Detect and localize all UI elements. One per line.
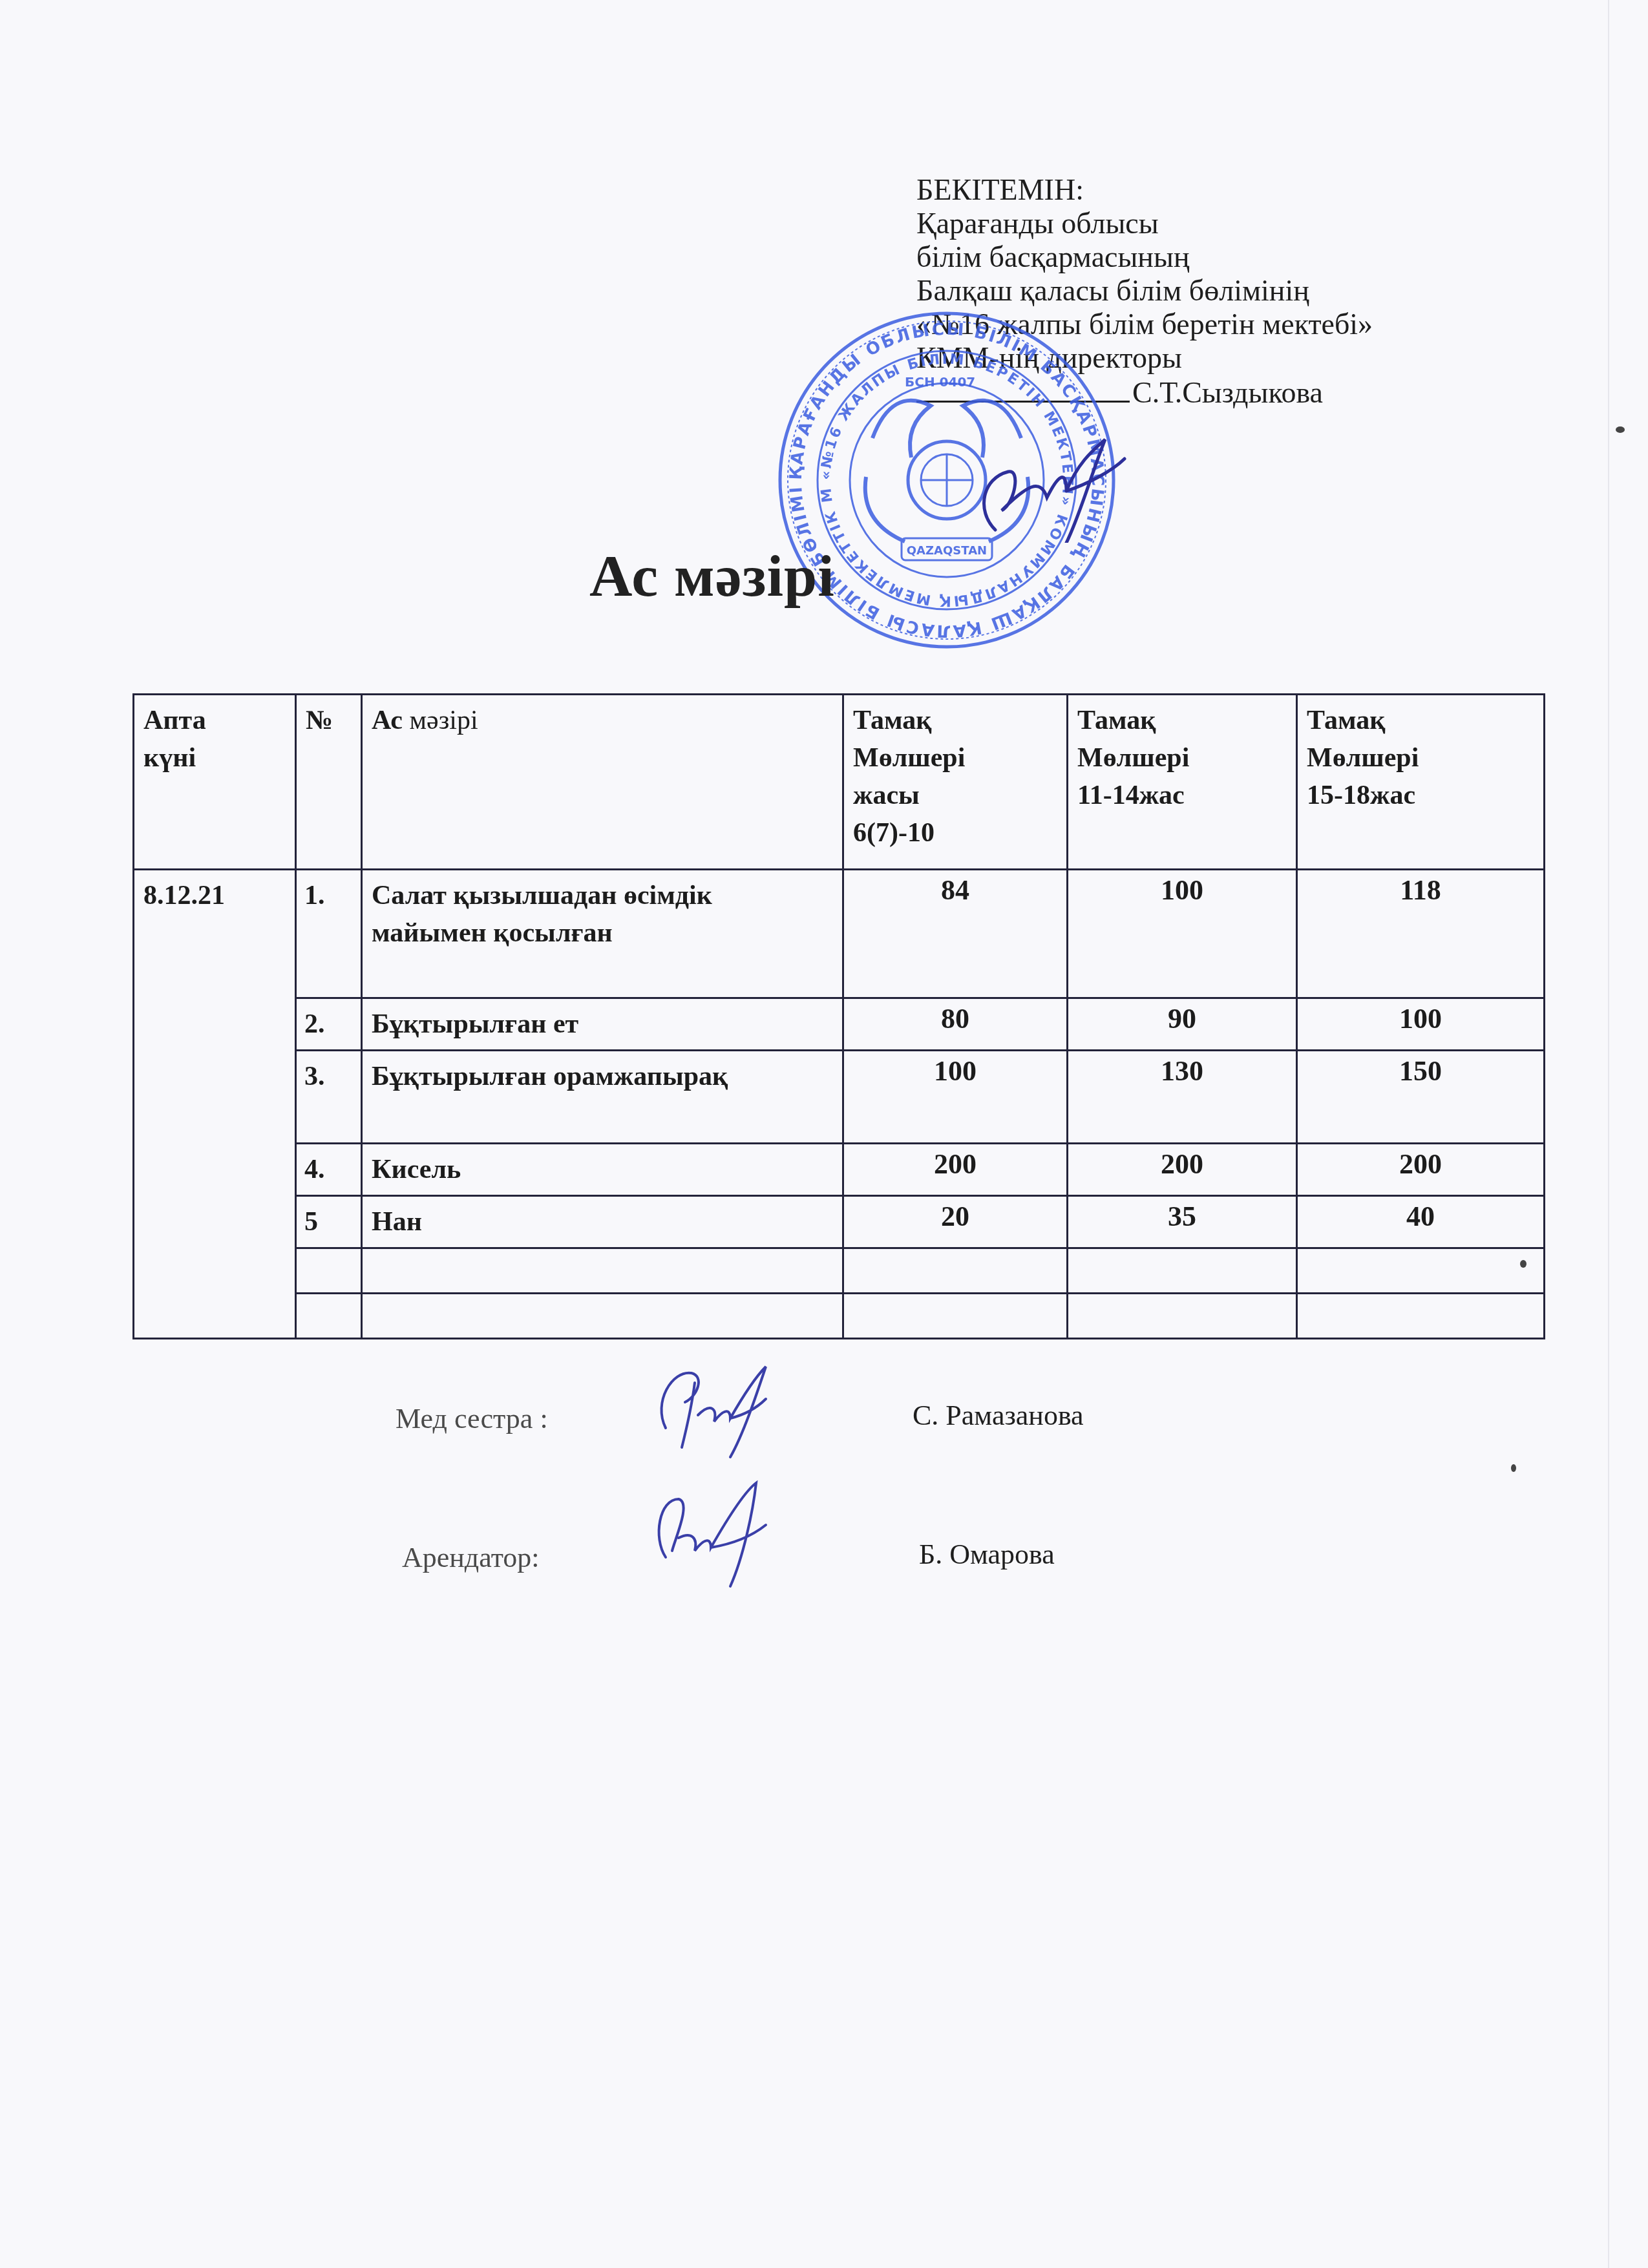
row-index [296, 1294, 362, 1339]
stamp-bin: БСН 0407 [905, 374, 975, 390]
portion-15-18: 150 [1297, 1051, 1545, 1144]
row-index: 1. [296, 870, 362, 998]
portion-15-18 [1297, 1248, 1545, 1294]
tenant-signature [640, 1480, 788, 1590]
stamp-emblem-text: QAZAQSTAN [907, 544, 987, 558]
dish-name [362, 1248, 843, 1294]
approval-line: білім басқармасының [916, 240, 1373, 274]
portion-11-14: 130 [1068, 1051, 1297, 1144]
menu-table: Аптакүні № Ас мәзірі ТамақМөлшеріжасы6(7… [132, 693, 1545, 1339]
date-cell: 8.12.21 [134, 870, 296, 1339]
portion-15-18 [1297, 1294, 1545, 1339]
dish-name: Салат қызылшадан өсімдік майымен қосылға… [362, 870, 843, 998]
header-portion-6-10: ТамақМөлшеріжасы6(7)-10 [843, 695, 1068, 870]
header-portion-11-14: ТамақМөлшері11-14жас [1068, 695, 1297, 870]
approval-line: Балқаш қаласы білім бөлімінің [916, 274, 1373, 308]
dish-name: Бұқтырылған орамжапырақ [362, 1051, 843, 1144]
table-row-empty [134, 1248, 1545, 1294]
tenant-name: Б. Омарова [919, 1538, 1055, 1571]
portion-6-10: 20 [843, 1196, 1068, 1248]
header-menu: Ас мәзірі [362, 695, 843, 870]
header-day: Аптакүні [134, 695, 296, 870]
director-name: С.Т.Сыздыкова [1132, 376, 1323, 409]
portion-15-18: 40 [1297, 1196, 1545, 1248]
table-header-row: Аптакүні № Ас мәзірі ТамақМөлшеріжасы6(7… [134, 695, 1545, 870]
portion-6-10: 200 [843, 1144, 1068, 1196]
dish-name: Бұқтырылған ет [362, 998, 843, 1051]
nurse-name: С. Рамазанова [913, 1399, 1084, 1432]
portion-15-18: 100 [1297, 998, 1545, 1051]
page-edge [1608, 0, 1609, 2268]
table-row: 8.12.21 1. Салат қызылшадан өсімдік майы… [134, 870, 1545, 998]
tenant-role: Арендатор: [402, 1541, 540, 1574]
portion-6-10 [843, 1294, 1068, 1339]
portion-6-10: 100 [843, 1051, 1068, 1144]
row-index: 3. [296, 1051, 362, 1144]
table-row-empty [134, 1294, 1545, 1339]
approval-line: Қарағанды облысы [916, 207, 1373, 240]
table-row: 4. Кисель 200 200 200 [134, 1144, 1545, 1196]
nurse-role: Мед сестра : [396, 1402, 548, 1435]
portion-6-10: 84 [843, 870, 1068, 998]
dish-name: Нан [362, 1196, 843, 1248]
scan-speck [1511, 1464, 1516, 1472]
header-number: № [296, 695, 362, 870]
row-index: 2. [296, 998, 362, 1051]
dish-name [362, 1294, 843, 1339]
portion-11-14 [1068, 1248, 1297, 1294]
portion-11-14: 35 [1068, 1196, 1297, 1248]
page-title: Ас мәзірі [589, 541, 835, 610]
portion-6-10: 80 [843, 998, 1068, 1051]
portion-11-14 [1068, 1294, 1297, 1339]
dish-name: Кисель [362, 1144, 843, 1196]
row-index: 5 [296, 1196, 362, 1248]
table-row: 5 Нан 20 35 40 [134, 1196, 1545, 1248]
portion-11-14: 200 [1068, 1144, 1297, 1196]
director-signature [969, 433, 1137, 543]
table-row: 2. Бұқтырылған ет 80 90 100 [134, 998, 1545, 1051]
portion-15-18: 118 [1297, 870, 1545, 998]
portion-11-14: 90 [1068, 998, 1297, 1051]
table-row: 3. Бұқтырылған орамжапырақ 100 130 150 [134, 1051, 1545, 1144]
row-index [296, 1248, 362, 1294]
scan-speck [1616, 426, 1625, 433]
nurse-signature [646, 1363, 788, 1460]
header-portion-15-18: ТамақМөлшері15-18жас [1297, 695, 1545, 870]
portion-6-10 [843, 1248, 1068, 1294]
row-index: 4. [296, 1144, 362, 1196]
approval-heading: БЕКІТЕМІН: [916, 173, 1373, 207]
portion-11-14: 100 [1068, 870, 1297, 998]
portion-15-18: 200 [1297, 1144, 1545, 1196]
